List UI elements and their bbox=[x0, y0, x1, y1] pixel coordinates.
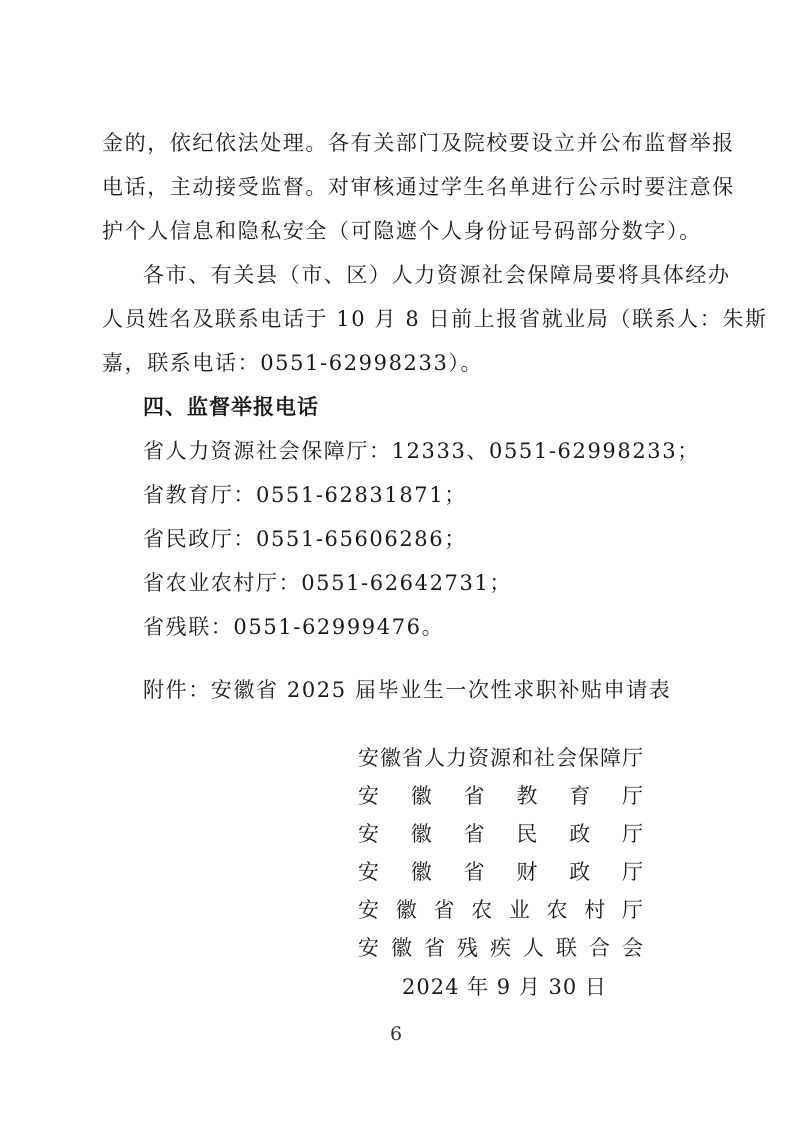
body-text-line: 金的，依纪依法处理。各有关部门及院校要设立并公布监督举报 bbox=[102, 130, 702, 156]
hotline-item: 省教育厅：0551-62831871； bbox=[143, 482, 743, 508]
issuer-line: 安徽省教育厅 bbox=[358, 783, 643, 809]
hotline-item: 省人力资源社会保障厅：12333、0551-62998233； bbox=[143, 438, 743, 464]
issuer-line: 安徽省农业农村厅 bbox=[358, 897, 643, 923]
attachment-note: 附件：安徽省 2025 届毕业生一次性求职补贴申请表 bbox=[143, 677, 743, 703]
issuer-line: 安徽省人力资源和社会保障厅 bbox=[358, 745, 643, 771]
body-text-line: 电话，主动接受监督。对审核通过学生名单进行公示时要注意保 bbox=[102, 174, 702, 200]
body-text-line: 护个人信息和隐私安全（可隐遮个人身份证号码部分数字）。 bbox=[102, 218, 702, 244]
hotline-item: 省农业农村厅：0551-62642731； bbox=[143, 570, 743, 596]
page-number: 6 bbox=[390, 1022, 402, 1046]
hotline-item: 省民政厅：0551-65606286； bbox=[143, 526, 743, 552]
issuer-line: 安徽省财政厅 bbox=[358, 859, 643, 885]
document-page: 金的，依纪依法处理。各有关部门及院校要设立并公布监督举报 电话，主动接受监督。对… bbox=[0, 0, 793, 1121]
issuer-line: 安徽省残疾人联合会 bbox=[358, 935, 643, 961]
issuer-line: 安徽省民政厅 bbox=[358, 821, 643, 847]
body-text-line: 各市、有关县（市、区）人力资源社会保障局要将具体经办 bbox=[143, 262, 743, 288]
hotline-item: 省残联：0551-62999476。 bbox=[143, 614, 743, 640]
body-text-line: 人员姓名及联系电话于 10 月 8 日前上报省就业局（联系人：朱斯 bbox=[102, 306, 702, 332]
section-heading: 四、监督举报电话 bbox=[143, 394, 743, 420]
issue-date: 2024 年 9 月 30 日 bbox=[402, 974, 607, 1000]
body-text-line: 嘉，联系电话：0551-62998233）。 bbox=[102, 350, 702, 376]
